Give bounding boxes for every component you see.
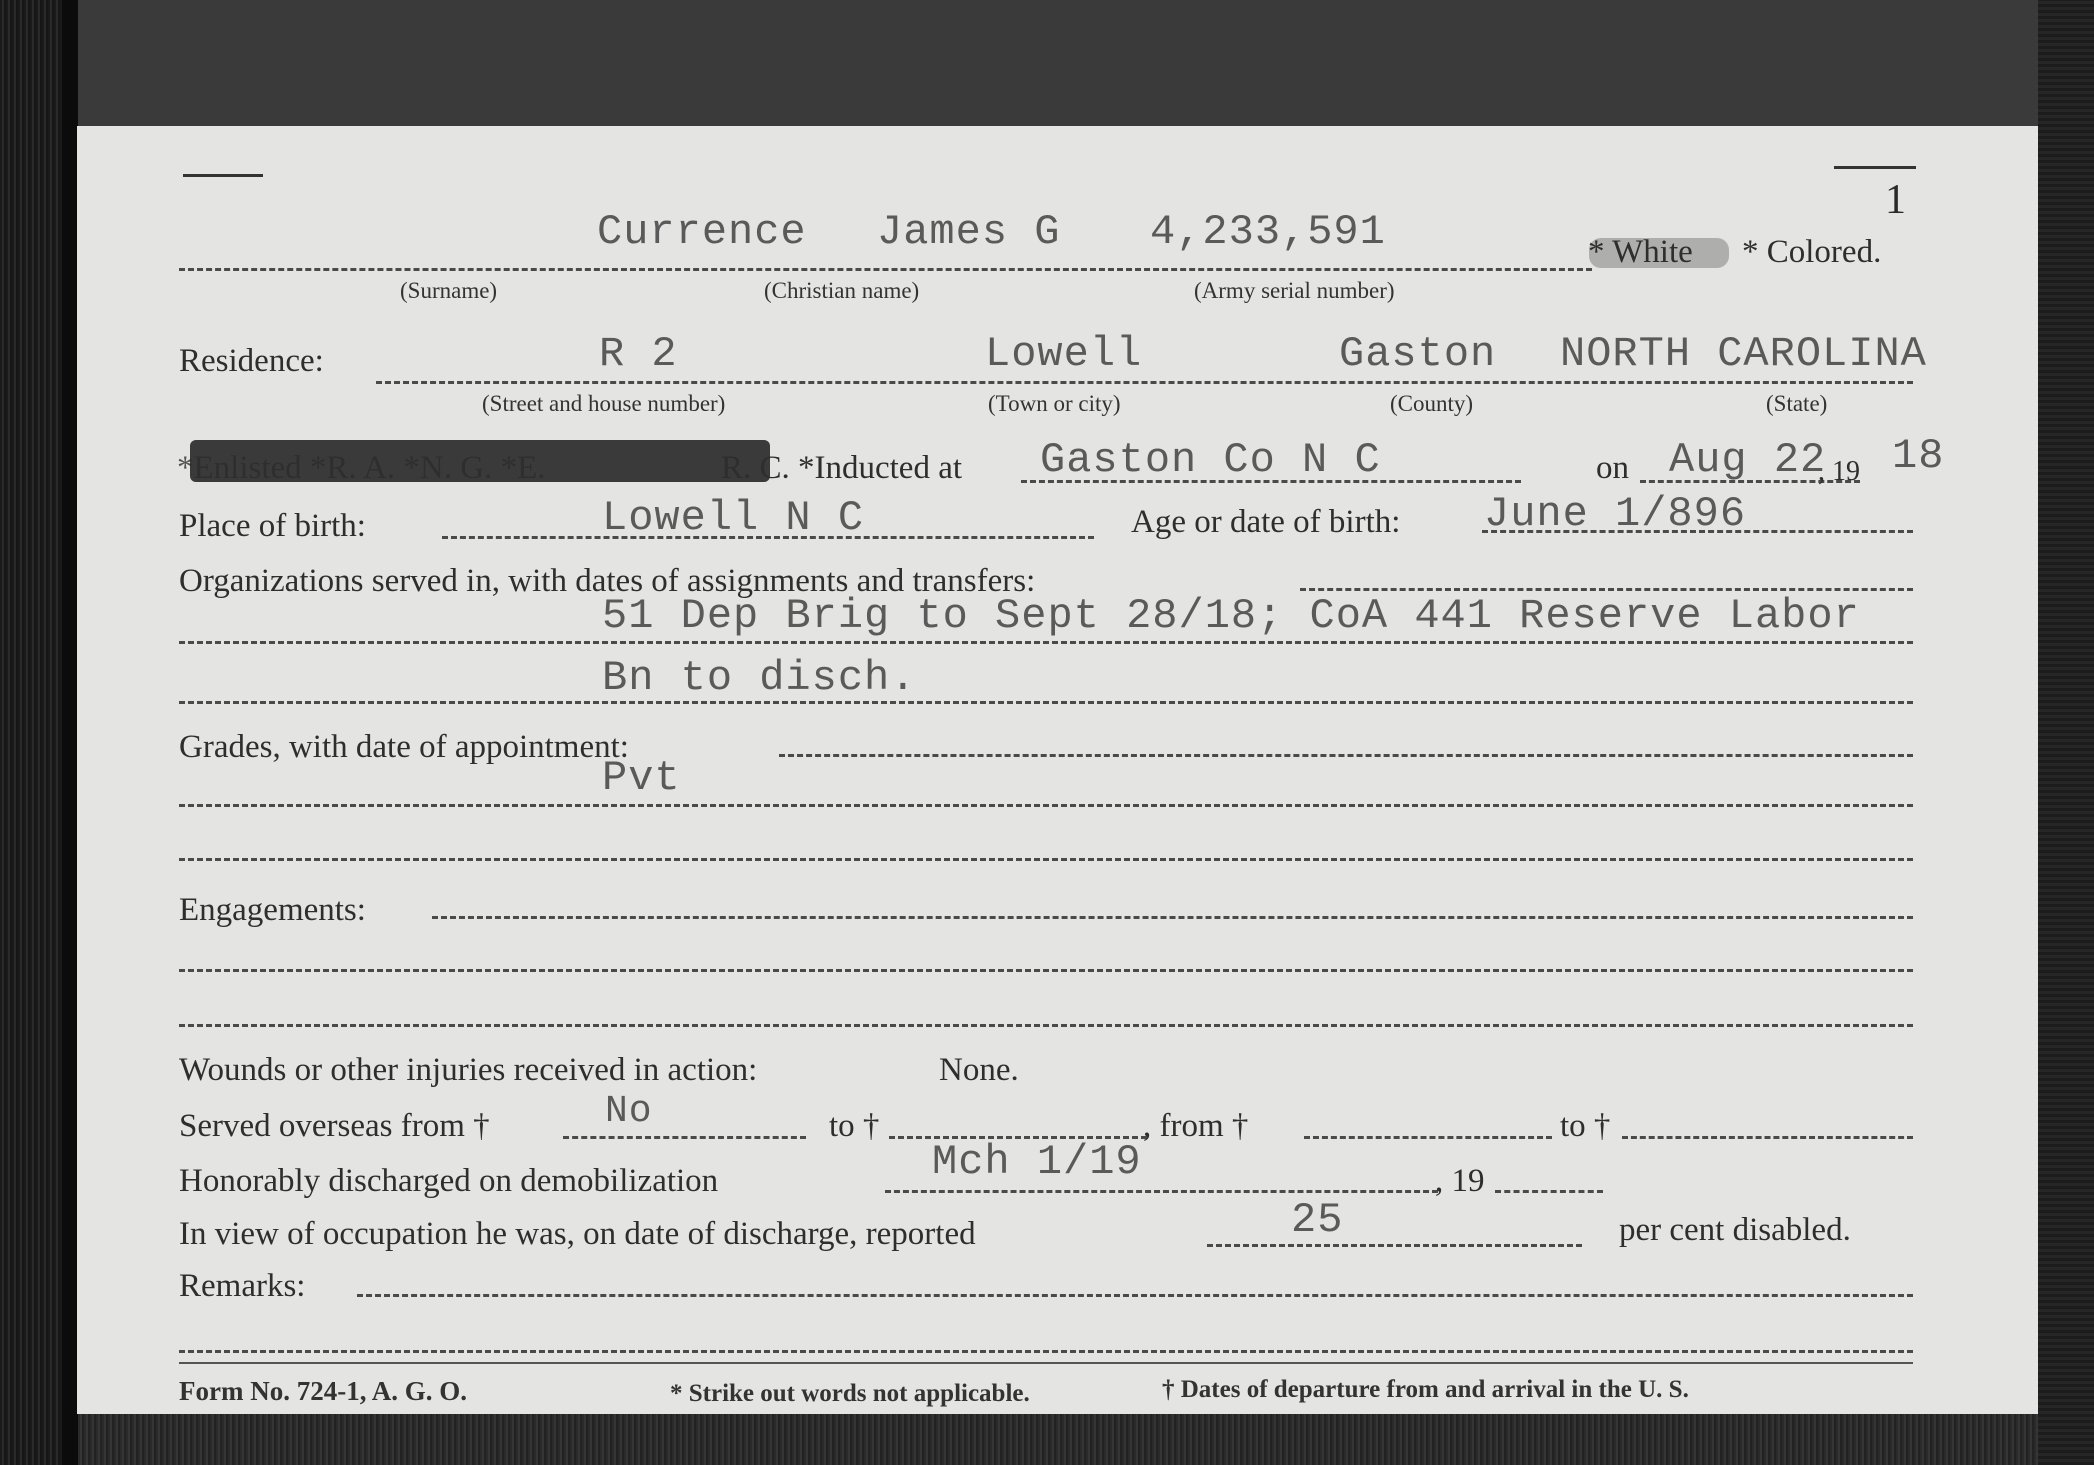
surname-value: Currence — [597, 208, 807, 256]
disability-percent: 25 — [1291, 1196, 1343, 1244]
grades-label-line — [779, 754, 1913, 757]
wounds-value: None. — [939, 1052, 1019, 1089]
discharge-year-line — [1495, 1190, 1603, 1193]
organizations-line-2: Bn to disch. — [602, 654, 916, 702]
scan-bottom-background — [78, 1413, 2038, 1465]
overseas-to2-label: to † — [1560, 1108, 1610, 1145]
grades-line-3 — [179, 858, 1913, 861]
engagements-line-2 — [179, 969, 1913, 972]
residence-town: Lowell — [985, 330, 1142, 378]
place-of-birth-label: Place of birth: — [179, 508, 366, 545]
town-label: (Town or city) — [988, 391, 1121, 417]
inducted-at-label: *Inducted at — [798, 450, 962, 487]
organizations-line-1-rule — [179, 641, 1913, 644]
strike-out-note: * Strike out words not applicable. — [670, 1380, 1030, 1408]
christian-name-label: (Christian name) — [764, 278, 919, 304]
residence-street: R 2 — [599, 330, 678, 378]
grades-label: Grades, with date of appointment: — [179, 729, 629, 766]
army-serial-number: 4,233,591 — [1150, 208, 1386, 256]
engagements-line-3 — [179, 1024, 1913, 1027]
overseas-from2-line — [1304, 1136, 1552, 1139]
overseas-to-label: to † — [829, 1108, 879, 1145]
disability-suffix: per cent disabled. — [1619, 1212, 1851, 1249]
organizations-label-line — [1300, 588, 1913, 591]
residence-state: NORTH CAROLINA — [1560, 330, 1927, 378]
discharge-date: Mch 1/19 — [932, 1138, 1142, 1186]
scan-left-edge — [0, 0, 62, 1465]
remarks-line-1 — [357, 1294, 1913, 1297]
county-label: (County) — [1390, 391, 1473, 417]
engagements-line-1 — [432, 916, 1913, 919]
footer-rule — [179, 1362, 1913, 1364]
organizations-line-1: 51 Dep Brig to Sept 28/18; CoA 441 Reser… — [602, 592, 1860, 640]
date-of-birth-line — [1482, 530, 1913, 533]
grades-line-2 — [179, 804, 1913, 807]
overseas-from2-label: , from † — [1143, 1108, 1248, 1145]
serial-label: (Army serial number) — [1194, 278, 1395, 304]
scan-right-edge — [2038, 0, 2094, 1465]
form-number: Form No. 724-1, A. G. O. — [179, 1376, 467, 1407]
inducted-line — [1021, 480, 1521, 483]
top-left-rule — [183, 174, 263, 177]
disability-line — [1207, 1244, 1582, 1247]
year-prefix: , 19 — [1818, 456, 1860, 488]
card-number: 1 — [1885, 176, 1906, 224]
residence-label: Residence: — [179, 343, 324, 380]
surname-label: (Surname) — [400, 278, 497, 304]
discharge-label: Honorably discharged on demobilization — [179, 1163, 718, 1200]
served-overseas-label: Served overseas from † — [179, 1108, 490, 1145]
discharge-line — [885, 1190, 1438, 1193]
top-right-rule — [1834, 166, 1916, 169]
christian-name-value: James G — [877, 208, 1060, 256]
remarks-line-2 — [179, 1350, 1913, 1353]
state-label: (State) — [1766, 391, 1827, 417]
grade-value: Pvt — [602, 754, 681, 802]
place-of-birth-value: Lowell N C — [602, 494, 864, 542]
race-white-option: * White — [1588, 234, 1693, 271]
induction-date: Aug 22 — [1669, 436, 1826, 484]
induction-year: 18 — [1892, 432, 1944, 480]
organizations-line-2-rule — [179, 701, 1913, 704]
race-colored-option: * Colored. — [1742, 234, 1881, 271]
on-label: on — [1596, 450, 1629, 487]
engagements-label: Engagements: — [179, 892, 366, 929]
wounds-label: Wounds or other injuries received in act… — [179, 1052, 757, 1089]
disability-label: In view of occupation he was, on date of… — [179, 1216, 976, 1253]
residence-county: Gaston — [1339, 330, 1496, 378]
dates-note: † Dates of departure from and arrival in… — [1162, 1376, 1689, 1404]
discharge-year-label: , 19 — [1435, 1163, 1485, 1200]
erc-suffix: R. C. — [721, 450, 790, 487]
inducted-at-value: Gaston Co N C — [1040, 436, 1381, 484]
street-label: (Street and house number) — [482, 391, 725, 417]
overseas-to2-line — [1622, 1136, 1913, 1139]
name-line — [179, 268, 1592, 271]
age-label: Age or date of birth: — [1131, 504, 1400, 541]
service-record-card: 1 Currence James G 4,233,591 * White * C… — [77, 126, 2038, 1414]
scan-left-bar — [62, 0, 78, 1465]
overseas-from-value: No — [605, 1090, 653, 1133]
redaction-bar — [190, 440, 770, 482]
scan-top-background — [78, 0, 2038, 130]
overseas-from-line — [563, 1136, 806, 1139]
remarks-label: Remarks: — [179, 1268, 305, 1305]
residence-line — [376, 381, 1913, 384]
